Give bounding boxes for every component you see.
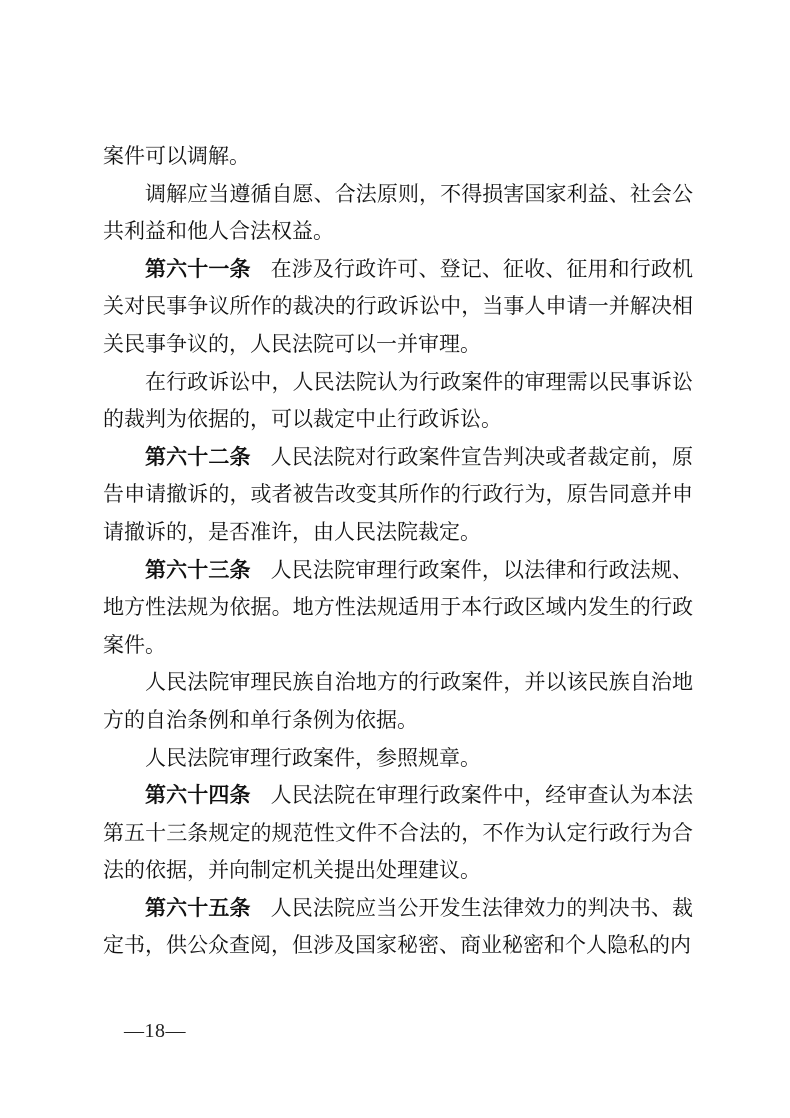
law-text-block: 案件可以调解。 调解应当遵循自愿、合法原则，不得损害国家利益、社会公共利益和他人… [103, 138, 693, 965]
paragraph-text: 在行政诉讼中，人民法院认为行政案件的审理需以民事诉讼的裁判为依据的，可以裁定中止… [103, 370, 693, 432]
paragraph-text: 人民法院审理行政案件，参照规章。 [145, 746, 481, 770]
article-number: 第六十四条 [145, 784, 251, 807]
paragraph: 人民法院审理行政案件，参照规章。 [103, 740, 693, 778]
page-number: —18— [124, 1018, 186, 1044]
paragraph-text: 调解应当遵循自愿、合法原则，不得损害国家利益、社会公共利益和他人合法权益。 [103, 182, 693, 244]
paragraph: 调解应当遵循自愿、合法原则，不得损害国家利益、社会公共利益和他人合法权益。 [103, 176, 693, 251]
paragraph-continuation: 案件可以调解。 [103, 138, 693, 176]
paragraph-text: 人民法院审理民族自治地方的行政案件，并以该民族自治地方的自治条例和单行条例为依据… [103, 670, 693, 732]
paragraph-article-63: 第六十三条人民法院审理行政案件，以法律和行政法规、地方性法规为依据。地方性法规适… [103, 552, 693, 665]
paragraph: 在行政诉讼中，人民法院认为行政案件的审理需以民事诉讼的裁判为依据的，可以裁定中止… [103, 364, 693, 439]
paragraph-text: 案件可以调解。 [103, 144, 250, 168]
article-number: 第六十三条 [145, 559, 251, 582]
article-number: 第六十一条 [145, 258, 251, 281]
paragraph-article-64: 第六十四条人民法院在审理行政案件中，经审查认为本法第五十三条规定的规范性文件不合… [103, 777, 693, 890]
paragraph: 人民法院审理民族自治地方的行政案件，并以该民族自治地方的自治条例和单行条例为依据… [103, 664, 693, 739]
article-number: 第六十二条 [145, 446, 251, 469]
paragraph-article-62: 第六十二条人民法院对行政案件宣告判决或者裁定前，原告申请撤诉的，或者被告改变其所… [103, 439, 693, 552]
article-number: 第六十五条 [145, 897, 251, 920]
paragraph-article-65: 第六十五条人民法院应当公开发生法律效力的判决书、裁定书，供公众查阅，但涉及国家秘… [103, 890, 693, 965]
document-page: 案件可以调解。 调解应当遵循自愿、合法原则，不得损害国家利益、社会公共利益和他人… [0, 0, 790, 1118]
paragraph-article-61: 第六十一条在涉及行政许可、登记、征收、征用和行政机关对民事争议所作的裁决的行政诉… [103, 251, 693, 364]
